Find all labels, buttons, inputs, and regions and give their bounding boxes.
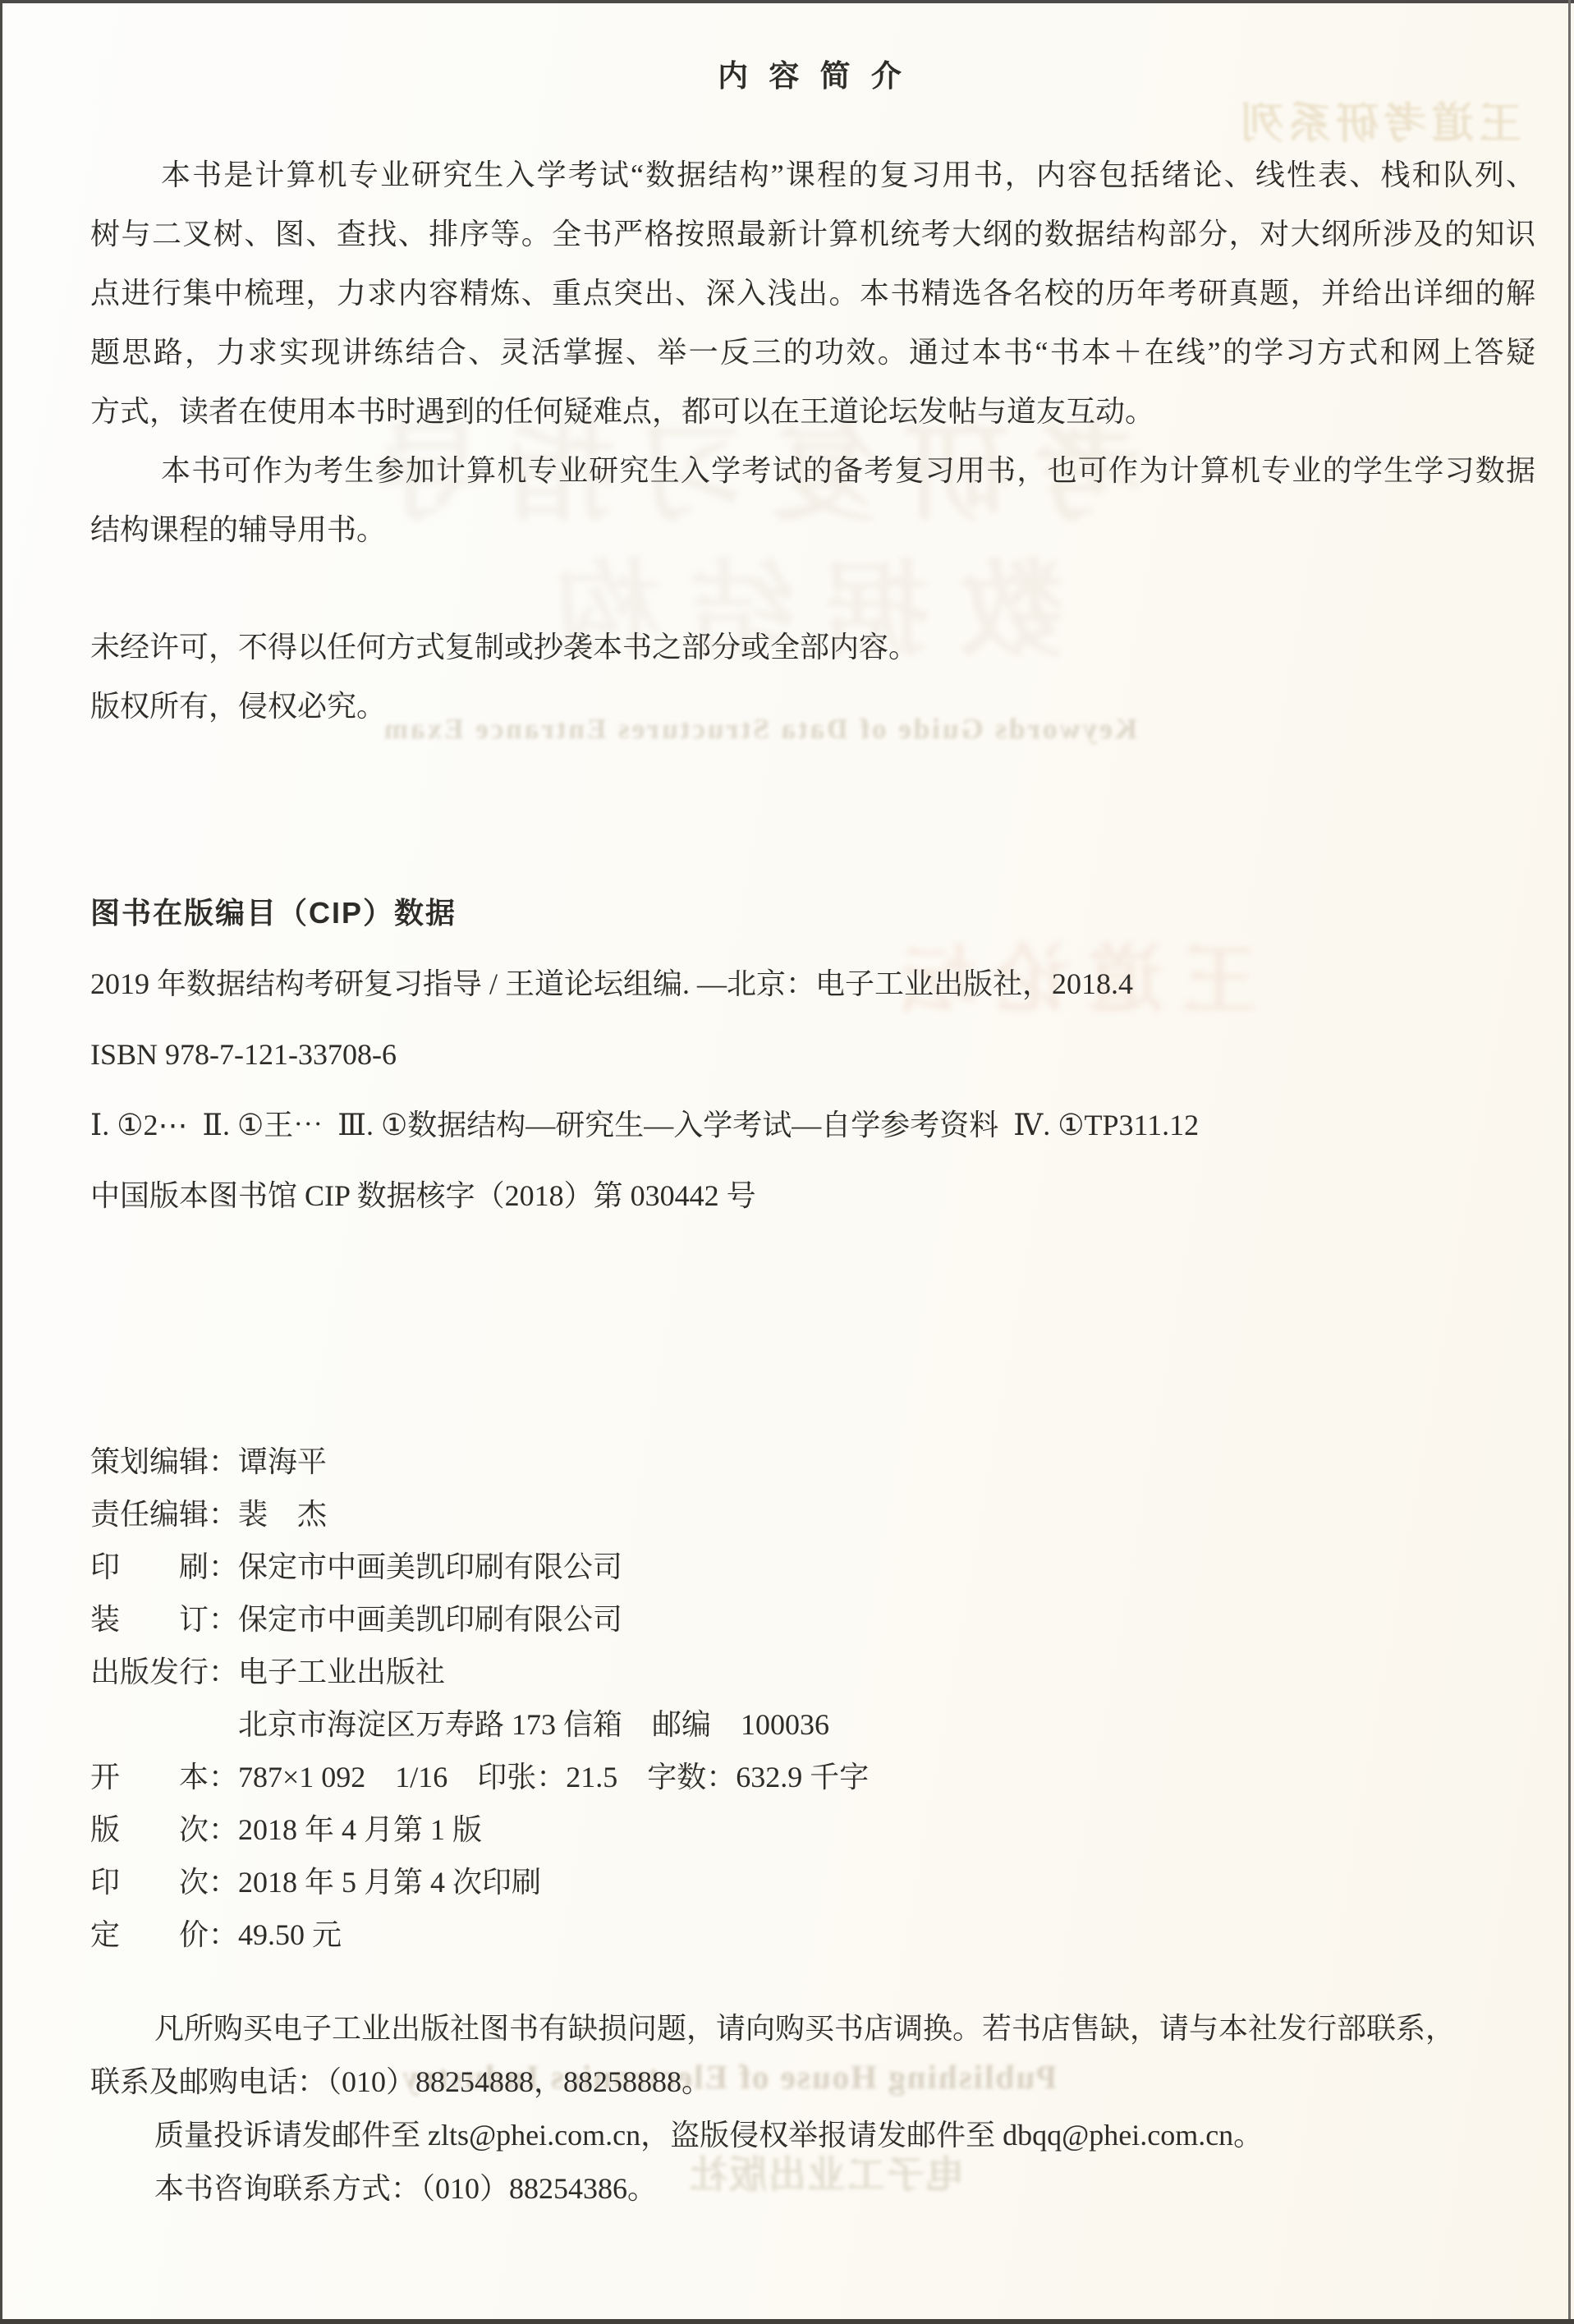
colophon-price: 定 价：49.50 元 bbox=[90, 1908, 1535, 1961]
isbn-number: ISBN 978-7-121-33708-6 bbox=[90, 1019, 1535, 1090]
cip-classification: Ⅰ. ①2⋯ Ⅱ. ①王⋯ Ⅲ. ①数据结构—研究生—入学考试—自学参考资料 Ⅳ… bbox=[90, 1090, 1535, 1160]
copyright-line-all-rights-reserved: 版权所有，侵权必究。 bbox=[90, 677, 1535, 736]
intro-p1-line: 题思路，力求实现讲练结合、灵活掌握、举一反三的功效。通过本书“书本＋在线”的学习… bbox=[90, 323, 1535, 382]
intro-p2-line: 本书可作为考生参加计算机专业研究生入学考试的备考复习用书，也可作为计算机专业的学… bbox=[90, 441, 1535, 500]
cip-record: 2019 年数据结构考研复习指导 / 王道论坛组编. —北京：电子工业出版社，2… bbox=[90, 948, 1535, 1019]
cip-registry-number: 中国版本图书馆 CIP 数据核字（2018）第 030442 号 bbox=[90, 1160, 1535, 1231]
intro-p1-line: 方式，读者在使用本书时遇到的任何疑难点，都可以在王道论坛发帖与道友互动。 bbox=[90, 382, 1535, 441]
intro-p1-line: 点进行集中梳理，力求内容精炼、重点突出、深入浅出。本书精选各名校的历年考研真题，… bbox=[90, 264, 1535, 323]
colophon-edition: 版 次：2018 年 4 月第 1 版 bbox=[90, 1803, 1535, 1856]
colophon-publisher: 出版发行：电子工业出版社 bbox=[90, 1646, 1535, 1698]
colophon-binder: 装 订：保定市中画美凯印刷有限公司 bbox=[90, 1593, 1535, 1646]
colophon-printer: 印 刷：保定市中画美凯印刷有限公司 bbox=[90, 1541, 1535, 1593]
scan-edge-top bbox=[0, 0, 1574, 3]
intro-p1-line: 本书是计算机专业研究生入学考试“数据结构”课程的复习用书，内容包括绪论、线性表、… bbox=[90, 145, 1535, 204]
colophon-print-run: 印 次：2018 年 5 月第 4 次印刷 bbox=[90, 1856, 1535, 1908]
cip-heading: 图书在版编目（CIP）数据 bbox=[90, 878, 1535, 948]
service-notes-block: 凡所购买电子工业出版社图书有缺损问题，请向购买书店调换。若书店售缺，请与本社发行… bbox=[90, 2002, 1535, 2216]
copyright-line-no-reproduction: 未经许可，不得以任何方式复制或抄袭本书之部分或全部内容。 bbox=[90, 618, 1535, 677]
note-consultation-phone: 本书咨询联系方式：（010）88254386。 bbox=[90, 2162, 1535, 2216]
colophon-planning-editor: 策划编辑：谭海平 bbox=[90, 1435, 1535, 1488]
intro-p1-line: 树与二叉树、图、查找、排序等。全书严格按照最新计算机统考大纲的数据结构部分，对大… bbox=[90, 204, 1535, 264]
intro-p2-line: 结构课程的辅导用书。 bbox=[90, 500, 1535, 559]
scan-edge-left bbox=[0, 0, 2, 2324]
colophon-format-specs: 开 本：787×1 092 1/16 印张：21.5 字数：632.9 千字 bbox=[90, 1751, 1535, 1803]
scan-edge-right bbox=[1568, 0, 1571, 2324]
note-defective-copies: 凡所购买电子工业出版社图书有缺损问题，请向购买书店调换。若书店售缺，请与本社发行… bbox=[90, 2002, 1535, 2055]
note-quality-complaint-email: 质量投诉请发邮件至 zlts@phei.com.cn，盗版侵权举报请发邮件至 d… bbox=[90, 2109, 1535, 2162]
section-title-content-summary: 内 容 简 介 bbox=[90, 50, 1535, 104]
note-mail-order-phone: 联系及邮购电话：（010）88254888，88258888。 bbox=[90, 2055, 1535, 2109]
copyright-page-scan: 王道考研系列 考研复习指导 数据结构 Keywords Guide of Dat… bbox=[0, 0, 1574, 2324]
colophon-block: 策划编辑：谭海平 责任编辑：裴 杰 印 刷：保定市中画美凯印刷有限公司 装 订：… bbox=[90, 1435, 1535, 1961]
colophon-publisher-address: 北京市海淀区万寿路 173 信箱 邮编 100036 bbox=[90, 1698, 1535, 1751]
colophon-responsible-editor: 责任编辑：裴 杰 bbox=[90, 1488, 1535, 1541]
intro-paragraphs: 本书是计算机专业研究生入学考试“数据结构”课程的复习用书，内容包括绪论、线性表、… bbox=[90, 145, 1535, 559]
scan-edge-bottom bbox=[0, 2319, 1574, 2324]
copyright-notice: 未经许可，不得以任何方式复制或抄袭本书之部分或全部内容。 版权所有，侵权必究。 bbox=[90, 618, 1535, 736]
cip-data-block: 图书在版编目（CIP）数据 2019 年数据结构考研复习指导 / 王道论坛组编.… bbox=[90, 878, 1535, 1231]
